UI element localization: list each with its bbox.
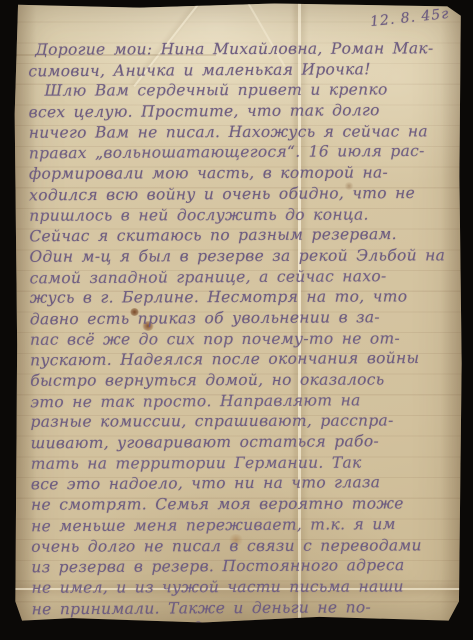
letter-body: Дорогие мои: Нина Михайловна, Роман Мак-…	[28, 38, 462, 640]
letter-line: всех целую. Простите, что так долго	[29, 100, 459, 123]
letter-line: правах „вольношатающегося“. 16 июля рас-	[29, 141, 459, 164]
letter-line: Шлю Вам сердечный привет и крепко	[44, 80, 458, 102]
letter-line: это не так просто. Направляют на	[30, 389, 460, 412]
letter-line: жусь в г. Берлине. Несмотря на то, что	[30, 287, 460, 309]
letter-line: не принимали. Также и деньги не по-	[32, 596, 462, 619]
letter-line: не меньше меня переживает, т.к. я им	[31, 513, 461, 536]
letter-photograph: 12. 8. 45г Дорогие мои: Нина Михайловна,…	[0, 0, 473, 640]
letter-line: пришлось в ней дослужить до конца.	[29, 204, 459, 226]
letter-paper: 12. 8. 45г Дорогие мои: Нина Михайловна,…	[14, 2, 463, 625]
letter-line: самой западной границе, а сейчас нахо-	[30, 265, 460, 288]
letter-line: ничего Вам не писал. Нахожусь я сейчас н…	[29, 121, 459, 143]
letter-line: разные комиссии, спрашивают, расспра-	[30, 411, 460, 433]
letter-line: Дорогие мои: Нина Михайловна, Роман Мак-	[35, 38, 458, 60]
letter-line: симович, Аничка и маленькая Ирочка!	[28, 58, 458, 81]
letter-line: формировали мою часть, в которой на-	[29, 162, 459, 184]
letter-line: пускают. Надеялся после окончания войны	[30, 348, 460, 371]
letter-line: быстро вернуться домой, но оказалось	[30, 369, 460, 391]
letter-line: сылал в течении двух м-це. Как они там	[32, 617, 462, 639]
letter-line: не имел, и из чужой части письма наши	[31, 576, 461, 598]
letter-line: тать на территории Германии. Так	[31, 452, 461, 474]
letter-line: из резерва в резерв. Постоянного адреса	[31, 555, 461, 578]
letter-line: очень долго не писал в связи с переводам…	[31, 535, 461, 557]
letter-line: давно есть приказ об увольнении в за-	[30, 307, 460, 330]
letter-line: Сейчас я скитаюсь по разным резервам.	[29, 224, 459, 247]
letter-line: не смотрят. Семья моя вероятно тоже	[31, 493, 461, 515]
letter-line: шивают, уговаривают остаться рабо-	[31, 431, 461, 454]
letter-line: все это надоело, что ни на что глаза	[31, 472, 461, 495]
letter-line: пас всё же до сих пор почему-то не от-	[30, 328, 460, 350]
letter-line: Один м-ц я был в резерве за рекой Эльбой…	[29, 245, 459, 267]
letter-date: 12. 8. 45г	[369, 6, 450, 30]
letter-line: ходился всю войну и очень обидно, что не	[29, 183, 459, 206]
